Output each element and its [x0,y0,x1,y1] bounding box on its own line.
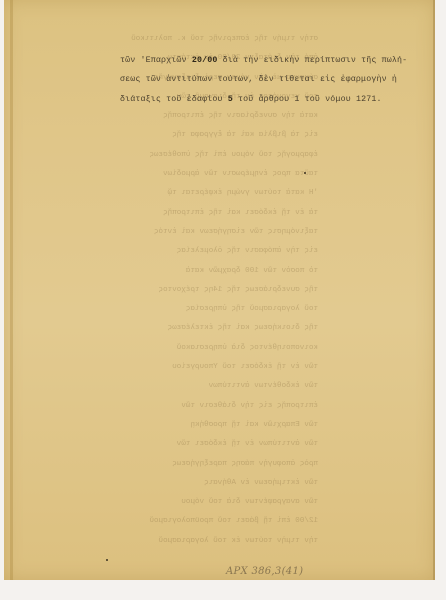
ink-speck [106,559,108,561]
bleed-line: τὰ ἐν τῇ ἐκδόσει καὶ τῆς ἐπιτροπῆς [18,204,318,223]
bleed-line: τῶν αναγραφέντων διὰ τοῦ νόμου [18,493,318,512]
bleed-line: ταξινόμησις τῶν εἰσηγήσεων καὶ ἐντός [18,223,318,242]
typed-line-2: σεως τῶν ἀντιτύπων τούτων, δὲν τίθεται ε… [120,70,430,89]
text-segment: διὰ τὴν ειδικὴν περίπτωσιν τῆς πωλή- [217,56,407,65]
typed-line-1: τῶν 'Επαρχιῶν 20/00 διὰ τὴν ειδικὴν περί… [120,51,430,70]
bleed-line: τὴν τιμὴν τούτων ἐκ τοῦ λογαριασμοῦ [18,532,318,551]
ink-speck [304,172,306,174]
bleed-line: 12/00 ἐπὶ τῇ βάσει τοῦ προϋπολογισμοῦ [18,512,318,531]
typed-line-3: διάταξις τοῦ ἐδαφίου 5 τοῦ ἄρθρου 1 τοῦ … [120,90,430,109]
bleed-line: κοινοποιηθέντος διὰ ὑπηρεσιακοῦ [18,339,318,358]
handwritten-archive-number: ΑΡΧ 386,3(41) [226,566,303,577]
bleed-line: τῶν ἐκτιμήσεων ἐν Αθήναις [18,474,318,493]
bleed-line: τῆς διοικήσεως καὶ τῆς ἐκτελέσεως [18,319,318,338]
bleed-line: ταῦτα προς ἐνημέρωσιν τῶν ἀρμοδίων [18,165,318,184]
bleed-line: πρὸς ἀποφυγὴν πάσης παρεξηγήσεως [18,455,318,474]
bleed-line: τοῦ λογαριασμοῦ τῆς ὑπηρεσίας [18,300,318,319]
text-segment: σεως τῶν ἀντιτύπων τούτων, δὲν τίθεται ε… [120,75,397,84]
text-segment: τῶν 'Επαρχιῶν [120,56,192,65]
bleed-line: κατὰ τὴν συνεδρίασιν τῆς ἐπιτροπῆς [18,107,318,126]
bleed-line: τὸ ποσὸν τῶν 100 δραχμῶν κατὰ [18,262,318,281]
typed-paragraph: τῶν 'Επαρχιῶν 20/00 διὰ τὴν ειδικὴν περί… [120,51,430,109]
text-segment: τοῦ ἄρθρου 1 τοῦ νόμου 1271. [233,95,382,104]
bleed-line: τῶν ἐκδοθέντων ἀντιτύπων [18,377,318,396]
bleed-line: ἐπιτροπῆς εἰς τὴν διάθεσιν τῶν [18,397,318,416]
bleed-line: τῶν ἐν τῇ ἐκδόσει τοῦ Υπουργείου [18,358,318,377]
bleed-line: ἐφαρμογῆς τοῦ νόμου ἐπὶ τῆς ὑποθέσεως [18,146,318,165]
bleed-line: τῶν Επαρχιῶν καὶ τῇ προσθήκῃ [18,416,318,435]
bleed-line: στὴν τιμήν τῆς ἐσπερινῆς τοῦ κ. πολιτικο… [18,30,318,49]
bleed-line: τῶν ἀντιτύπων ἐν τῇ ἐκδόσει τῶν [18,435,318,454]
bleed-line: εἰς τὰ βιβλία καὶ τὰ ἔγγραφα τῆς [18,126,318,145]
bleed-line: εἰς τὴν ἀπόφασιν τῆς ὁλομελείας [18,242,318,261]
bold-number: 20/00 [192,56,218,65]
scanned-paper-page: στὴν τιμήν τῆς ἐσπερινῆς τοῦ κ. πολιτικο… [4,0,435,580]
text-segment: διάταξις τοῦ ἐδαφίου [120,95,228,104]
bleed-line: 'Η κατὰ τούτων γνώμη ἐκφέρεται τῷ [18,184,318,203]
bleed-line: τῆς συνεδριάσεως τῆς 14ης τρέχοντος [18,281,318,300]
